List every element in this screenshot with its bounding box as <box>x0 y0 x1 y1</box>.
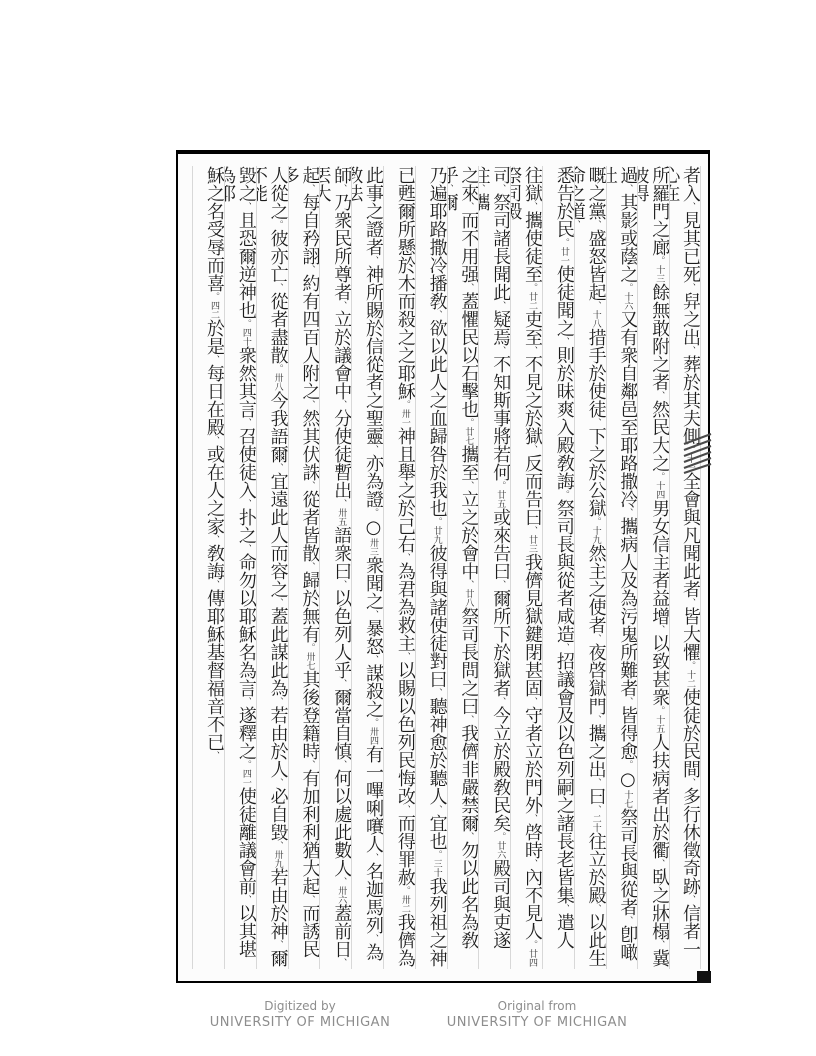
punctuation-mark: 。 <box>368 508 378 517</box>
punctuation-mark: 、 <box>304 400 314 409</box>
punctuation-mark: 。 <box>463 418 473 427</box>
punctuation-mark: 、 <box>527 445 537 454</box>
punctuation-mark: 、 <box>273 283 283 292</box>
punctuation-mark: 、 <box>273 463 283 472</box>
text-area: 者入、見其已死、舁之出、葬於其夫側。十一全會與凡聞此者、皆大懼。十二使徒於民間、… <box>184 166 701 969</box>
punctuation-mark: 。 <box>654 256 664 265</box>
punctuation-mark: 、 <box>336 580 346 589</box>
text-column: 嘅之黨、盛怒皆起、十八措手於使徒、下之於公獄。十九然主之使者、夜啓獄門、攜之出、… <box>574 166 606 969</box>
punctuation-mark: 、 <box>304 481 314 490</box>
text-column: 所羅門之廊。十三餘無敢附之者、然民大之。十四男女信主者益增、以致甚衆。十五人扶病… <box>637 166 669 969</box>
verse-number: 廿六 <box>495 841 505 859</box>
punctuation-mark: 、 <box>273 841 283 850</box>
punctuation-mark: 。 <box>209 292 219 301</box>
digitized-by-label: Digitized by <box>170 998 430 1014</box>
punctuation-mark: 、 <box>304 265 314 274</box>
punctuation-mark: 、 <box>591 220 601 229</box>
punctuation-mark: 、 <box>336 184 346 193</box>
punctuation-mark: 、 <box>559 337 569 346</box>
verse-number: 十八 <box>591 310 601 328</box>
punctuation-mark: 。 <box>304 643 314 652</box>
punctuation-mark: 、 <box>368 853 378 862</box>
verse-number: 十五 <box>654 715 664 733</box>
verse-number: 卅一 <box>400 409 410 427</box>
punctuation-mark: 、 <box>304 184 314 193</box>
punctuation-mark: 、 <box>527 697 537 706</box>
punctuation-mark: 、 <box>622 184 632 193</box>
punctuation-mark: 、 <box>591 904 601 913</box>
verse-number: 卅九 <box>273 850 283 868</box>
verse-number: 卅五 <box>336 508 346 526</box>
punctuation-mark: 、 <box>241 499 251 508</box>
punctuation-mark: 、 <box>463 715 473 724</box>
text-column: 悉告於民。廿一使徒聞之、則於昧爽入殿敎誨。祭司長與從者咸造、招議會及以色列嗣之諸… <box>542 166 574 969</box>
punctuation-mark: 、 <box>559 643 569 652</box>
punctuation-mark: 、 <box>463 283 473 292</box>
punctuation-mark: 、 <box>622 697 632 706</box>
verse-number: 卅二 <box>400 895 410 913</box>
punctuation-mark: 、 <box>273 598 283 607</box>
punctuation-mark: 、 <box>447 184 453 193</box>
verse-number: 廿九 <box>432 526 442 544</box>
punctuation-mark: 、 <box>495 301 505 310</box>
punctuation-mark: 、 <box>368 256 378 265</box>
punctuation-mark: 、 <box>591 805 601 814</box>
text-column: 起、每自矜詡、約有四百人附之、然其伏誅、從者皆散、歸於無有。卅七其後登籍時、有加… <box>288 166 320 969</box>
punctuation-mark: 、 <box>241 544 251 553</box>
punctuation-mark: 。 <box>241 760 251 769</box>
punctuation-mark: 、 <box>432 805 442 814</box>
punctuation-mark: 。 <box>273 220 283 229</box>
punctuation-mark: 、 <box>336 499 346 508</box>
verse-number: 廿四 <box>527 949 537 967</box>
punctuation-mark: 、 <box>432 688 442 697</box>
punctuation-mark: 。 <box>654 706 664 715</box>
punctuation-mark: 。 <box>527 940 537 949</box>
verse-number: 十二 <box>685 670 695 688</box>
punctuation-mark: 、 <box>400 805 410 814</box>
verse-number: 廿二 <box>527 292 537 310</box>
punctuation-mark: 。 <box>241 319 251 328</box>
verse-number: 四一 <box>241 769 251 787</box>
punctuation-mark: 。 <box>654 472 664 481</box>
text-column: 此事之證者、神所賜於信從者之聖靈、亦為證。○卅三衆聞之、暴怒、謀殺之。卅四有一嗶… <box>351 166 383 969</box>
text-column: 過、其影或蔭之。十六又有衆自鄰邑至耶路撒冷、攜病人及為污鬼所難者、皆得愈。○十七… <box>606 166 638 969</box>
verse-number: 十三 <box>654 265 664 283</box>
punctuation-mark: 、 <box>591 634 601 643</box>
verse-number: 卅三 <box>368 538 378 556</box>
punctuation-mark: 、 <box>209 355 219 364</box>
original-org-label: UNIVERSITY OF MICHIGAN <box>407 1014 667 1031</box>
verse-number: 十六 <box>622 292 632 310</box>
punctuation-mark: 、 <box>432 310 442 319</box>
punctuation-mark: 、 <box>495 580 505 589</box>
punctuation-mark: 、 <box>400 553 410 562</box>
verse-number: 二十 <box>591 814 601 832</box>
punctuation-mark: 、 <box>591 715 601 724</box>
punctuation-mark: 、 <box>495 346 505 355</box>
text-column: 司、祭司諸長聞此、疑焉、不知斯事將若何。廿五或來告曰、爾所下於獄者、今立於殿敎民… <box>478 166 510 969</box>
punctuation-mark: 。 <box>368 718 378 727</box>
punctuation-mark: 。 <box>495 832 505 841</box>
verse-number: 卅七 <box>304 652 314 670</box>
text-column: 往獄、攜使徒至。廿二吏至、不見之於獄、反而告曰、廿三我儕見獄鍵閉甚固、守者立於門… <box>510 166 542 969</box>
punctuation-mark: 、 <box>368 610 378 619</box>
punctuation-mark: 、 <box>336 301 346 310</box>
punctuation-mark: 。 <box>432 517 442 526</box>
punctuation-mark: 。 <box>622 760 632 769</box>
punctuation-mark: 、 <box>209 535 219 544</box>
verse-number: 廿三 <box>527 535 537 553</box>
verse-number: 三十 <box>432 859 442 877</box>
text-column: 師、乃衆民所尊者、立於議會中、分使徒暫出、卅五語衆曰、以色列人乎、爾當自慎、何以… <box>319 166 351 969</box>
punctuation-mark: 。 <box>527 283 537 292</box>
punctuation-mark: 、 <box>241 202 251 211</box>
footer-digitized: Digitized by UNIVERSITY OF MICHIGAN <box>170 998 430 1031</box>
punctuation-mark: 、 <box>368 445 378 454</box>
punctuation-mark: 、 <box>273 778 283 787</box>
verse-number: 廿七 <box>463 427 473 445</box>
punctuation-mark: 、 <box>685 778 695 787</box>
punctuation-mark: 、 <box>273 940 283 949</box>
verse-number: 十七 <box>622 790 632 808</box>
punctuation-mark: 、 <box>463 202 473 211</box>
verse-number: 廿五 <box>495 490 505 508</box>
punctuation-mark: 、 <box>591 301 601 310</box>
punctuation-mark: 、 <box>685 895 695 904</box>
punctuation-mark: 、 <box>685 202 695 211</box>
punctuation-mark: 、 <box>336 679 346 688</box>
margin-hatch-icon <box>683 430 713 474</box>
text-column: 穌之名受辱而喜。四二於是、每日在殿、或在人之家、敎誨、傳耶穌基督福音不已、 <box>192 166 224 969</box>
verse-number: 十九 <box>591 526 601 544</box>
punctuation-mark: 、 <box>527 346 537 355</box>
digitized-org-label: UNIVERSITY OF MICHIGAN <box>170 1014 430 1031</box>
verse-number: 廿一 <box>559 247 569 265</box>
text-column: 者入、見其已死、舁之出、葬於其夫側。十一全會與凡聞此者、皆大懼。十二使徒於民間、… <box>669 166 701 969</box>
punctuation-mark: 、 <box>622 916 632 925</box>
punctuation-mark: 。 <box>685 661 695 670</box>
punctuation-mark: 。 <box>273 364 283 373</box>
page-frame: 者入、見其已死、舁之出、葬於其夫側。十一全會與凡聞此者、皆大懼。十二使徒於民間、… <box>176 150 710 983</box>
punctuation-mark: 、 <box>400 652 410 661</box>
punctuation-mark: 、 <box>685 598 695 607</box>
punctuation-mark: 。 <box>591 517 601 526</box>
corner-square-mark <box>697 971 711 983</box>
punctuation-mark: 、 <box>368 655 378 664</box>
punctuation-mark: 、 <box>527 202 537 211</box>
punctuation-mark: 。 <box>400 886 410 895</box>
punctuation-mark: 、 <box>591 778 601 787</box>
punctuation-mark: 、 <box>527 526 537 535</box>
verse-number: 卅四 <box>368 727 378 745</box>
punctuation-mark: 、 <box>336 877 346 886</box>
punctuation-mark: 、 <box>527 859 537 868</box>
punctuation-mark: 。 <box>495 481 505 490</box>
punctuation-mark: 。 <box>559 238 569 247</box>
punctuation-mark: 、 <box>495 184 505 193</box>
verse-number: 卅八 <box>273 373 283 391</box>
punctuation-mark: 、 <box>654 940 664 949</box>
punctuation-mark: 、 <box>304 562 314 571</box>
punctuation-mark: 。 <box>400 400 410 409</box>
original-from-label: Original from <box>407 998 667 1014</box>
punctuation-mark: 、 <box>209 751 219 760</box>
punctuation-mark: 、 <box>685 346 695 355</box>
verse-number: 十四 <box>654 481 664 499</box>
punctuation-mark: 、 <box>591 418 601 427</box>
punctuation-mark: 、 <box>654 859 664 868</box>
text-column: 毀之、且恐爾逆神也。四十衆然其言、召使徒入、扑之、命勿以耶穌名為言、遂釋之。四一… <box>224 166 256 969</box>
punctuation-mark: 、 <box>527 814 537 823</box>
punctuation-mark: 、 <box>478 184 484 193</box>
punctuation-mark: 。 <box>432 850 442 859</box>
punctuation-mark: 、 <box>463 580 473 589</box>
text-column: 乃遍耶路撒冷播敎、欲以此人之血歸咎於我也。廿九彼得與諸使徒對曰、聽神愈於聽人、宜… <box>415 166 447 969</box>
punctuation-mark: 、 <box>559 904 569 913</box>
text-column: 已甦爾所懸於木而殺之之耶穌。卅一神且舉之於己右、為君為救主、以賜以色列民悔改、而… <box>383 166 415 969</box>
punctuation-mark: 、 <box>463 832 473 841</box>
punctuation-mark: 、 <box>622 508 632 517</box>
punctuation-mark: 。 <box>622 283 632 292</box>
verse-number: 四十 <box>241 328 251 346</box>
punctuation-mark: 、 <box>241 697 251 706</box>
punctuation-mark: 、 <box>304 895 314 904</box>
text-column: 之來、而不用强、蓋懼民以石擊也。廿七攜至、立之於會中、廿八祭司長問之曰、我儕非嚴… <box>447 166 479 969</box>
punctuation-mark: 、 <box>654 391 664 400</box>
punctuation-mark: 、 <box>273 697 283 706</box>
verse-number: 廿八 <box>463 589 473 607</box>
verse-number: 卅六 <box>336 886 346 904</box>
punctuation-mark: 、 <box>685 283 695 292</box>
verse-number: 四二 <box>209 301 219 319</box>
punctuation-mark: 、 <box>209 436 219 445</box>
punctuation-mark: 、 <box>336 958 346 967</box>
text-column: 人從之。彼亦亡、從者盡散。卅八今我語爾、宜遠此人而容之、蓋此謀此為、若由於人、必… <box>256 166 288 969</box>
punctuation-mark: 。 <box>559 490 569 499</box>
punctuation-mark: 、 <box>463 481 473 490</box>
punctuation-mark: 、 <box>241 895 251 904</box>
punctuation-mark: 、 <box>304 760 314 769</box>
punctuation-mark: 、 <box>241 418 251 427</box>
punctuation-mark: 、 <box>654 625 664 634</box>
punctuation-mark: 、 <box>574 220 580 229</box>
punctuation-mark: 、 <box>336 760 346 769</box>
punctuation-mark: 、 <box>368 934 378 943</box>
punctuation-mark: 、 <box>336 400 346 409</box>
punctuation-mark: 、 <box>209 580 219 589</box>
punctuation-mark: 、 <box>495 697 505 706</box>
footer-original: Original from UNIVERSITY OF MICHIGAN <box>407 998 667 1031</box>
